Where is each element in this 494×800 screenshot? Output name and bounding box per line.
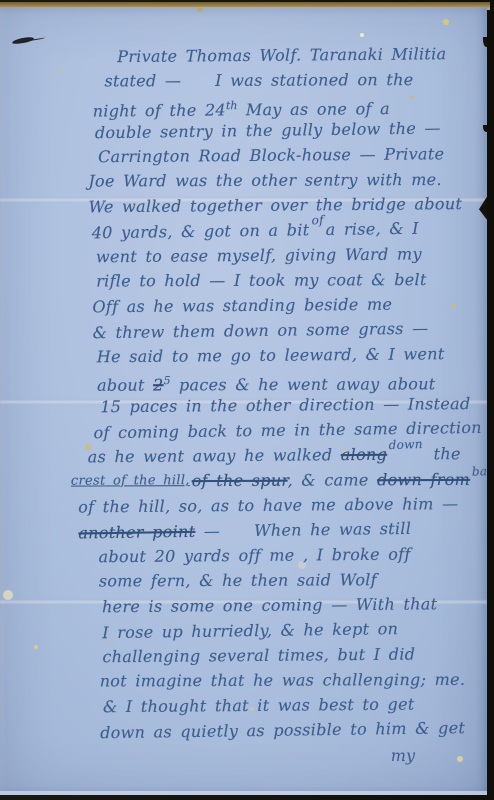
manuscript-line: stated —I was stationed on the: [104, 67, 470, 94]
manuscript-text-segment: 40 yards, & got on a bit: [92, 220, 310, 242]
manuscript-text-segment: about 20 yards off me , I broke off: [98, 545, 410, 567]
manuscript-text-segment: paces & he went away about: [171, 374, 436, 394]
manuscript-line: challenging several times, but I did: [102, 641, 475, 669]
manuscript-text-segment: , & came: [288, 470, 378, 489]
manuscript-text-segment: went to ease myself, giving Ward my: [96, 244, 422, 266]
manuscript-line: Carrington Road Block-house — Private: [98, 141, 471, 169]
manuscript-text-segment: & I thought that it was best to get: [103, 695, 415, 717]
manuscript-text-segment: —: [195, 522, 220, 541]
manuscript-text-segment: & threw them down on some grass —: [92, 319, 428, 343]
manuscript-line: not imagine that he was challenging; me.: [100, 667, 476, 694]
manuscript-text-segment: of coming back to me in the same directi…: [93, 418, 482, 442]
manuscript-line: Private Thomas Wolf. Taranaki Militia: [117, 41, 470, 69]
manuscript-line: went to ease myself, giving Ward my: [96, 241, 472, 269]
manuscript-line: about 25 paces & he went away about: [97, 367, 473, 394]
manuscript-text-segment: I rose up hurriedly, & he kept on: [102, 619, 398, 642]
manuscript-text-segment: double sentry in the gully below the —: [95, 118, 441, 142]
manuscript-lines: Private Thomas Wolf. Taranaki Militiasta…: [0, 7, 487, 745]
manuscript-text-segment: as he went away he walked: [88, 445, 341, 466]
manuscript-text-segment: crest of the hill,: [71, 468, 190, 494]
manuscript-text-segment: the: [425, 444, 461, 463]
manuscript-text-segment: another point: [78, 522, 195, 543]
manuscript-text-segment: rifle to hold — I took my coat & belt: [96, 270, 427, 290]
manuscript-line: some fern, & he then said Wolf: [99, 567, 475, 594]
manuscript-text-segment: Off as he was standing beside me: [92, 295, 392, 317]
manuscript-text-segment: When he was still: [254, 519, 411, 540]
manuscript-line: rifle to hold — I took my coat & belt: [96, 267, 472, 294]
manuscript-text-segment: He said to me go to leeward, & I went: [97, 344, 445, 366]
manuscript-line: & threw them down on some grass —: [92, 315, 472, 345]
manuscript-text-segment: challenging several times, but I did: [102, 645, 415, 667]
manuscript-text-segment: We walked together over the bridge about: [88, 194, 462, 216]
manuscript-page: Private Thomas Wolf. Taranaki Militiasta…: [0, 7, 487, 795]
manuscript-text-segment: here is some one coming — With that: [102, 594, 438, 616]
manuscript-text-segment: stated —: [104, 71, 181, 90]
manuscript-text-segment: along: [341, 445, 388, 464]
manuscript-text-segment: night of the 24: [93, 100, 226, 120]
manuscript-line: as he went away he walked alongdown the: [88, 441, 474, 469]
manuscript-line: about 20 yards off me , I broke off: [98, 541, 474, 569]
manuscript-text-segment: about: [97, 376, 153, 395]
manuscript-text-segment: th: [226, 99, 238, 112]
manuscript-line: 40 yards, & got on a bitofa rise, & I: [92, 215, 472, 245]
manuscript-line: crest of the hill,of the spur, & came do…: [71, 467, 474, 494]
manuscript-text-segment: Joe Ward was the other sentry with me.: [88, 170, 442, 191]
catchword: my: [391, 746, 415, 765]
manuscript-text-segment: of the hill, so, as to have me above him…: [78, 494, 458, 516]
manuscript-text-segment: not imagine that he was challenging; me.: [100, 670, 466, 691]
manuscript-text-segment: down as quietly as possible to him & get: [100, 718, 465, 742]
manuscript-text-segment: some fern, & he then said Wolf: [99, 570, 377, 590]
manuscript-text-segment: Private Thomas Wolf. Taranaki Militia: [117, 44, 446, 66]
manuscript-text-segment: back along the side: [472, 463, 487, 477]
manuscript-line: double sentry in the gully below the —: [95, 115, 471, 145]
manuscript-text-segment: 5: [164, 374, 171, 387]
manuscript-text-segment: I was stationed on the: [215, 70, 413, 90]
manuscript-text-segment: 15 paces in the other direction — Instea…: [100, 394, 470, 416]
manuscript-text-segment: of: [311, 215, 324, 225]
manuscript-text-segment: Carrington Road Block-house — Private: [98, 144, 444, 166]
manuscript-line: Joe Ward was the other sentry with me.: [88, 167, 471, 194]
manuscript-line: down as quietly as possible to him & get: [100, 715, 476, 745]
manuscript-text-segment: of the spur: [192, 471, 288, 490]
photographed-background: Private Thomas Wolf. Taranaki Militiasta…: [0, 0, 494, 800]
manuscript-text-segment: down: [389, 439, 423, 450]
manuscript-text-segment: a rise, & I: [326, 219, 419, 239]
manuscript-line: He said to me go to leeward, & I went: [97, 341, 473, 369]
manuscript-text-segment: down from: [377, 470, 470, 489]
manuscript-text-segment: 2: [153, 375, 164, 394]
paper-bottom-edge: [0, 791, 487, 795]
manuscript-line: I rose up hurriedly, & he kept on: [102, 615, 475, 645]
